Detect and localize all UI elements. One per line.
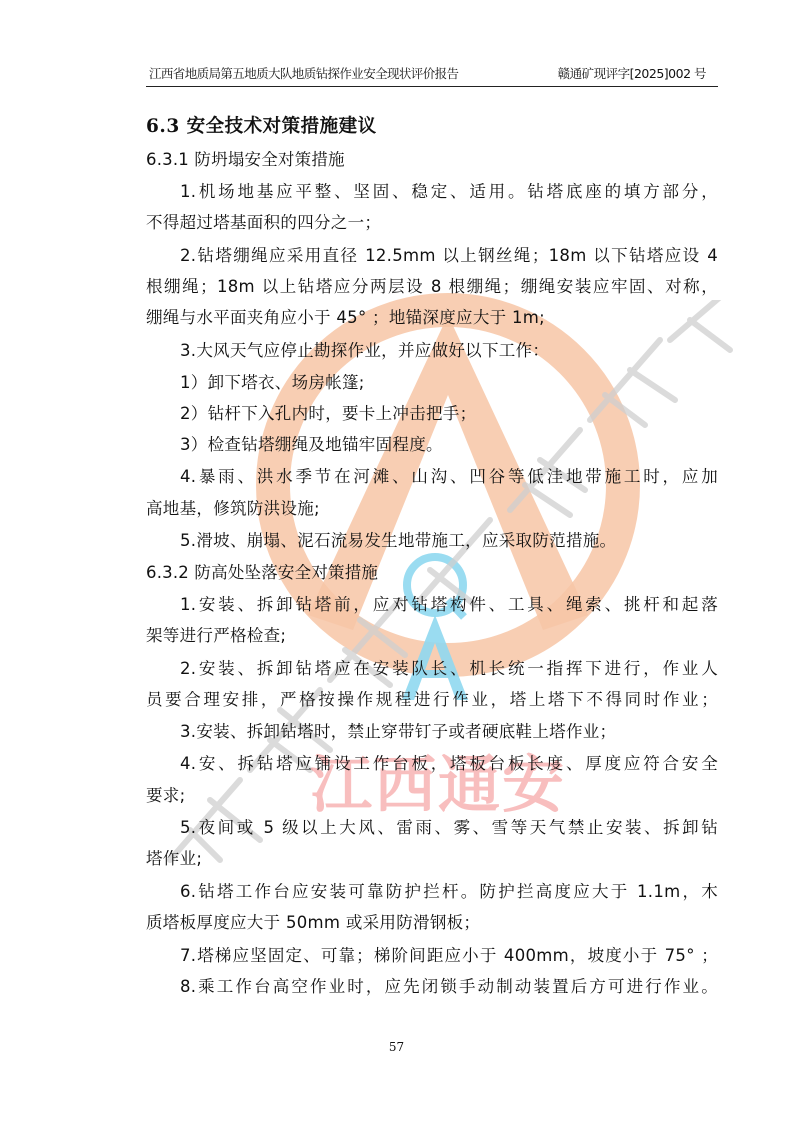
paragraph-line: 质塔板厚度应大于 50mm 或采用防滑钢板； — [146, 909, 480, 933]
list-item: 1）卸下塔衣、场房帐篷; — [180, 369, 365, 393]
report-title: 江西省地质局第五地质大队地质钻探作业安全现状评价报告 — [149, 64, 458, 84]
paragraph-line: 4.暴雨、洪水季节在河滩、山沟、凹谷等低洼地带施工时，应加 — [180, 463, 718, 487]
paragraph-line: 1.机场地基应平整、坚固、稳定、适用。钻塔底座的填方部分， — [180, 178, 718, 202]
paragraph-line: 3.大风天气应停止勘探作业，并应做好以下工作： — [180, 337, 549, 361]
page-number: 57 — [0, 1040, 793, 1054]
paragraph-line: 员要合理安排，严格按操作规程进行作业，塔上塔下不得同时作业； — [146, 686, 718, 710]
paragraph-line: 6.钻塔工作台应安装可靠防护拦杆。防护拦高度应大于 1.1m，木 — [180, 878, 718, 902]
paragraph-line: 要求; — [146, 782, 185, 806]
paragraph-line: 5.滑坡、崩塌、泥石流易发生地带施工，应采取防范措施。 — [180, 527, 616, 551]
subsection-heading-collapse: 6.3.1 防坍塌安全对策措施 — [146, 146, 345, 170]
paragraph-line: 架等进行严格检查; — [146, 622, 286, 646]
paragraph-line: 不得超过塔基面积的四分之一； — [146, 209, 381, 233]
watermark-qa-icon — [380, 545, 490, 705]
paragraph-line: 7.塔梯应坚固定、可靠；梯阶间距应小于 400mm，坡度小于 75° ； — [180, 942, 718, 966]
subsection-heading-fall: 6.3.2 防高处坠落安全对策措施 — [146, 559, 378, 583]
paragraph-line: 8.乘工作台高空作业时，应先闭锁手动制动装置后方可进行作业。 — [180, 973, 718, 997]
paragraph-line: 塔作业; — [146, 845, 202, 869]
paragraph-line: 2.安装、拆卸钻塔应在安装队长、机长统一指挥下进行，作业人 — [180, 655, 718, 679]
document-number: 赣通矿现评字[2025]002 号 — [558, 64, 706, 84]
paragraph-line: 1.安装、拆卸钻塔前，应对钻塔构件、工具、绳索、挑杆和起落 — [180, 591, 718, 615]
document-page: 江西省地质局第五地质大队地质钻探作业安全现状评价报告 赣通矿现评字[2025]0… — [0, 0, 793, 1122]
paragraph-line: 2.钻塔绷绳应采用直径 12.5mm 以上钢丝绳；18m 以下钻塔应设 4 — [180, 242, 718, 266]
paragraph-line: 3.安装、拆卸钻塔时，禁止穿带钉子或者硬底鞋上塔作业； — [180, 718, 616, 742]
paragraph-line: 根绷绳；18m 以上钻塔应分两层设 8 根绷绳；绷绳安装应牢固、对称， — [146, 273, 718, 297]
paragraph-line: 5.夜间或 5 级以上大风、雷雨、雾、雪等天气禁止安装、拆卸钻 — [180, 814, 718, 838]
list-item: 2）钻杆下入孔内时，要卡上冲击把手； — [180, 400, 476, 424]
section-heading: 6.3 安全技术对策措施建议 — [146, 112, 377, 138]
list-item: 3）检查钻塔绷绳及地锚牢固程度。 — [180, 431, 443, 455]
watermark-company-text: 江西通安 — [310, 735, 566, 824]
paragraph-line: 4.安、拆钻塔应铺设工作台板，塔板台板长度、厚度应符合安全 — [180, 750, 718, 774]
paragraph-line: 高地基，修筑防洪设施; — [146, 495, 320, 519]
paragraph-line: 绷绳与水平面夹角应小于 45° ；地锚深度应大于 1m; — [146, 304, 545, 328]
page-header: 江西省地质局第五地质大队地质钻探作业安全现状评价报告 赣通矿现评字[2025]0… — [146, 66, 718, 87]
